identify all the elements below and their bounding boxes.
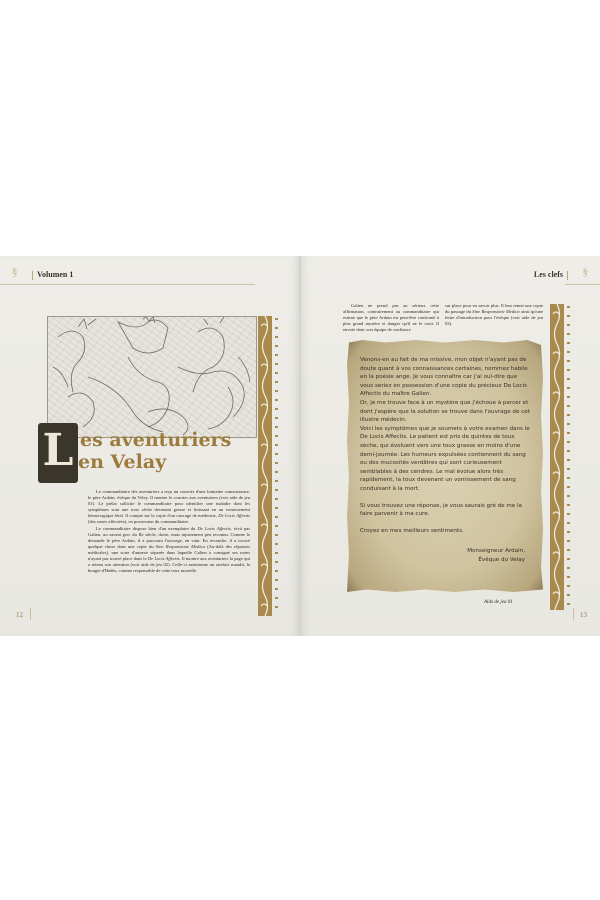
- ornamental-border-left: [258, 316, 272, 616]
- paragraph: Galien ne prend pas au sérieux cette aff…: [343, 303, 439, 333]
- letter-paragraph: Croyez en mes meilleurs sentiments.: [360, 527, 532, 536]
- gutter: [299, 256, 301, 636]
- border-dots: [567, 306, 570, 608]
- letter-signature: Monseigneur Ardain, Évêque du Velay: [467, 547, 525, 565]
- running-head-left: Volumen 1: [28, 270, 73, 280]
- drop-cap-letter: L: [38, 425, 78, 476]
- scroll-ornament-icon: [550, 304, 564, 610]
- left-page: § Volumen 1: [0, 256, 300, 636]
- letter-paragraph: Venons-en au fait de ma missive, mon obj…: [360, 356, 532, 399]
- handout-letter-text: Venons-en au fait de ma missive, mon obj…: [360, 356, 532, 535]
- running-head-text: Les clefs: [534, 270, 563, 279]
- header-rule: [565, 284, 600, 285]
- paragraph: Le commanditaire dispose bien d'un exemp…: [88, 526, 250, 575]
- letter-paragraph: Si vous trouvez une réponse, je vous sau…: [360, 502, 532, 519]
- book-spread: § Volumen 1: [0, 256, 600, 636]
- page-number-left: 12: [16, 611, 23, 619]
- ornament-icon: §: [583, 266, 589, 278]
- folio-rule: [30, 608, 31, 620]
- running-head-right: Les clefs: [534, 270, 572, 280]
- page-number-right: 13: [580, 611, 587, 619]
- chapter-title: es aventuriers en Velay: [80, 429, 231, 473]
- intro-column-2: sur place pour en savoir plus. Il leur r…: [445, 303, 543, 327]
- paragraph: sur place pour en savoir plus. Il leur r…: [445, 303, 543, 327]
- signature-title: Évêque du Velay: [467, 556, 525, 565]
- separator: [567, 271, 568, 280]
- ornamental-border-right: [550, 304, 564, 610]
- intro-column-1: Galien ne prend pas au sérieux cette aff…: [343, 303, 439, 333]
- header-rule: [0, 284, 255, 285]
- body-text-left: Le commanditaire des aventuriers a reçu …: [88, 489, 250, 574]
- signature-name: Monseigneur Ardain,: [467, 547, 525, 556]
- running-head-text: Volumen 1: [37, 270, 73, 279]
- engraving-illustration: [47, 316, 257, 438]
- illuminated-drop-cap: L: [38, 423, 78, 483]
- title-line-1: es aventuriers: [80, 429, 231, 451]
- demons-engraving-icon: [48, 317, 256, 437]
- paragraph: Le commanditaire des aventuriers a reçu …: [88, 489, 250, 526]
- folio-rule: [573, 608, 574, 620]
- handout-caption: Aide de jeu 01: [484, 600, 513, 605]
- ornament-icon: §: [12, 266, 18, 278]
- border-dots: [275, 318, 278, 614]
- scroll-ornament-icon: [258, 316, 272, 616]
- title-line-2: en Velay: [78, 451, 231, 473]
- letter-paragraph: Voici les symptômes que je soumets à vot…: [360, 425, 532, 494]
- letter-paragraph: Or, je me trouve face à un mystère que j…: [360, 399, 532, 425]
- separator: [32, 271, 33, 280]
